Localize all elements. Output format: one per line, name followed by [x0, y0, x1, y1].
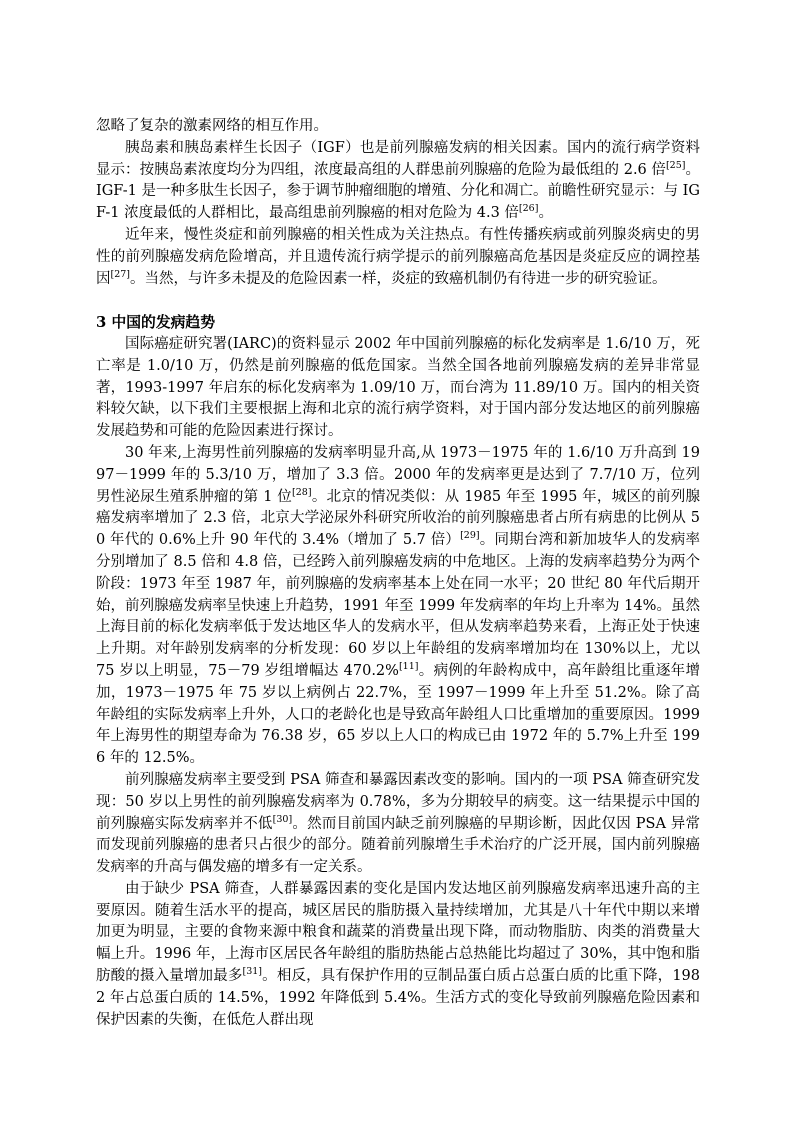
reference-superscript: [26] [519, 203, 539, 214]
reference-superscript: [25] [666, 160, 686, 171]
para-shanghai-beijing-trends: 30 年来,上海男性前列腺癌的发病率明显升高,从 1973－1975 年的 1.… [96, 443, 700, 770]
para-hormone-network: 忽略了复杂的激素网络的相互作用。 [96, 116, 700, 138]
document-page: 忽略了复杂的激素网络的相互作用。胰岛素和胰岛素样生长因子（IGF）也是前列腺癌发… [0, 0, 793, 1122]
reference-superscript: [28] [292, 487, 312, 498]
reference-superscript: [29] [460, 530, 480, 541]
para-psa-screening: 前列腺癌发病率主要受到 PSA 筛查和暴露因素改变的影响。国内的一项 PSA 筛… [96, 770, 700, 879]
document-content: 忽略了复杂的激素网络的相互作用。胰岛素和胰岛素样生长因子（IGF）也是前列腺癌发… [96, 116, 700, 1031]
reference-superscript: [11] [399, 661, 419, 672]
heading-section-3: 3 中国的发病趋势 [96, 312, 700, 334]
para-inflammation: 近年来，慢性炎症和前列腺癌的相关性成为关注热点。有性传播疾病或前列腺炎病史的男性… [96, 225, 700, 290]
reference-superscript: [31] [243, 966, 263, 977]
reference-superscript: [30] [273, 814, 293, 825]
para-exposure-factors: 由于缺少 PSA 筛查，人群暴露因素的变化是国内发达地区前列腺癌发病率迅速升高的… [96, 879, 700, 1032]
para-iarc-incidence: 国际癌症研究署(IARC)的资料显示 2002 年中国前列腺癌的标化发病率是 1… [96, 334, 700, 443]
para-insulin-igf: 胰岛素和胰岛素样生长因子（IGF）也是前列腺癌发病的相关因素。国内的流行病学资料… [96, 138, 700, 225]
reference-superscript: [27] [111, 269, 131, 280]
